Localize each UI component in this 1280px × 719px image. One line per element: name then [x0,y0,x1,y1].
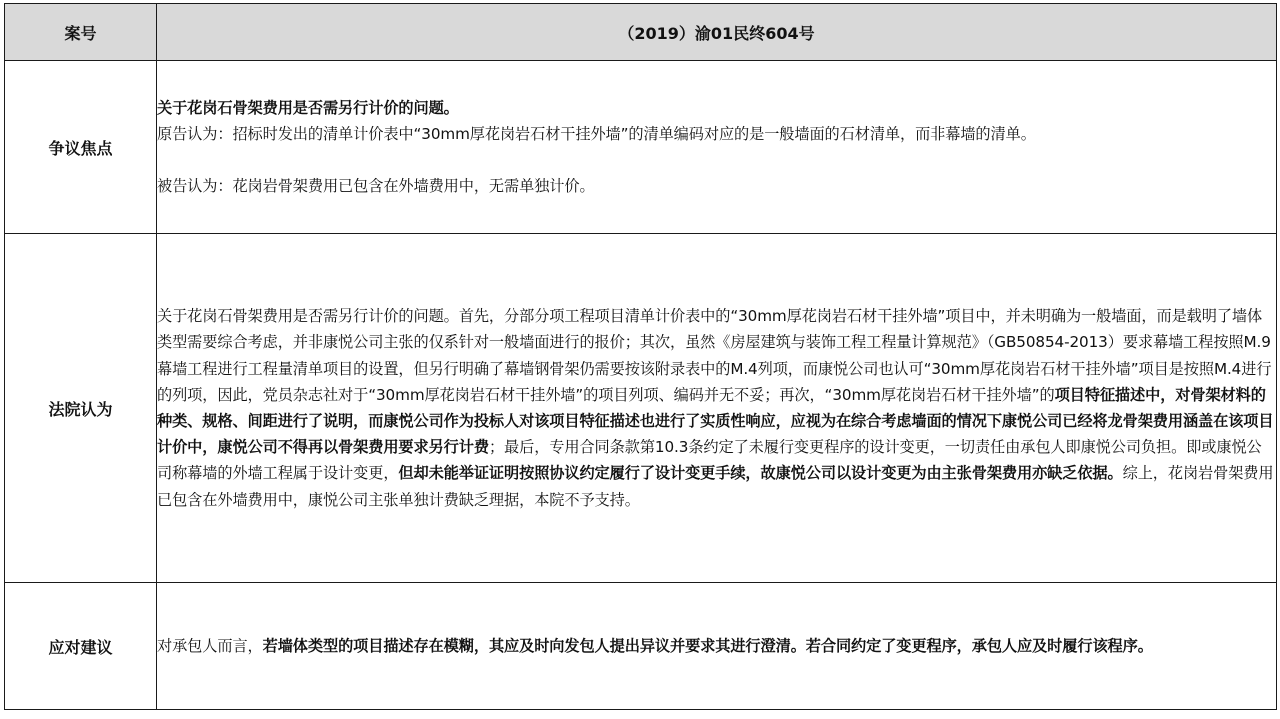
recommendation-text: 对承包人而言，若墙体类型的项目描述存在模糊，其应及时向发包人提出异议并要求其进行… [157,633,1276,659]
court-opinion-content: 关于花岗石骨架费用是否需另行计价的问题。首先，分部分项工程项目清单计价表中的“3… [157,234,1277,583]
case-number-row: 案号 （2019）渝01民终604号 [5,4,1277,61]
dispute-focus-title: 关于花岗石骨架费用是否需另行计价的问题。 [157,95,1276,121]
court-opinion-label: 法院认为 [5,234,157,583]
case-table: 案号 （2019）渝01民终604号 争议焦点 关于花岗石骨架费用是否需另行计价… [4,3,1277,710]
recommendation-content: 对承包人而言，若墙体类型的项目描述存在模糊，其应及时向发包人提出异议并要求其进行… [157,583,1277,710]
recommendation-label: 应对建议 [5,583,157,710]
court-opinion-text: 关于花岗石骨架费用是否需另行计价的问题。首先，分部分项工程项目清单计价表中的“3… [157,303,1276,513]
case-number-value: （2019）渝01民终604号 [157,4,1277,61]
defendant-position: 被告认为：花岗岩骨架费用已包含在外墙费用中，无需单独计价。 [157,173,1276,199]
recommendation-row: 应对建议 对承包人而言，若墙体类型的项目描述存在模糊，其应及时向发包人提出异议并… [5,583,1277,710]
recommendation-segment-bold: 若墙体类型的项目描述存在模糊，其应及时向发包人提出异议并要求其进行澄清。若合同约… [263,637,1153,655]
dispute-focus-label: 争议焦点 [5,61,157,234]
case-number-label: 案号 [5,4,157,61]
court-opinion-row: 法院认为 关于花岗石骨架费用是否需另行计价的问题。首先，分部分项工程项目清单计价… [5,234,1277,583]
dispute-focus-content: 关于花岗石骨架费用是否需另行计价的问题。 原告认为：招标时发出的清单计价表中“3… [157,61,1277,234]
dispute-focus-row: 争议焦点 关于花岗石骨架费用是否需另行计价的问题。 原告认为：招标时发出的清单计… [5,61,1277,234]
recommendation-segment: 对承包人而言， [157,637,263,655]
court-opinion-segment-bold: 但却未能举证证明按照协议约定履行了设计变更手续，故康悦公司以设计变更为由主张骨架… [398,464,1122,482]
plaintiff-position: 原告认为：招标时发出的清单计价表中“30mm厚花岗岩石材干挂外墙”的清单编码对应… [157,121,1276,147]
